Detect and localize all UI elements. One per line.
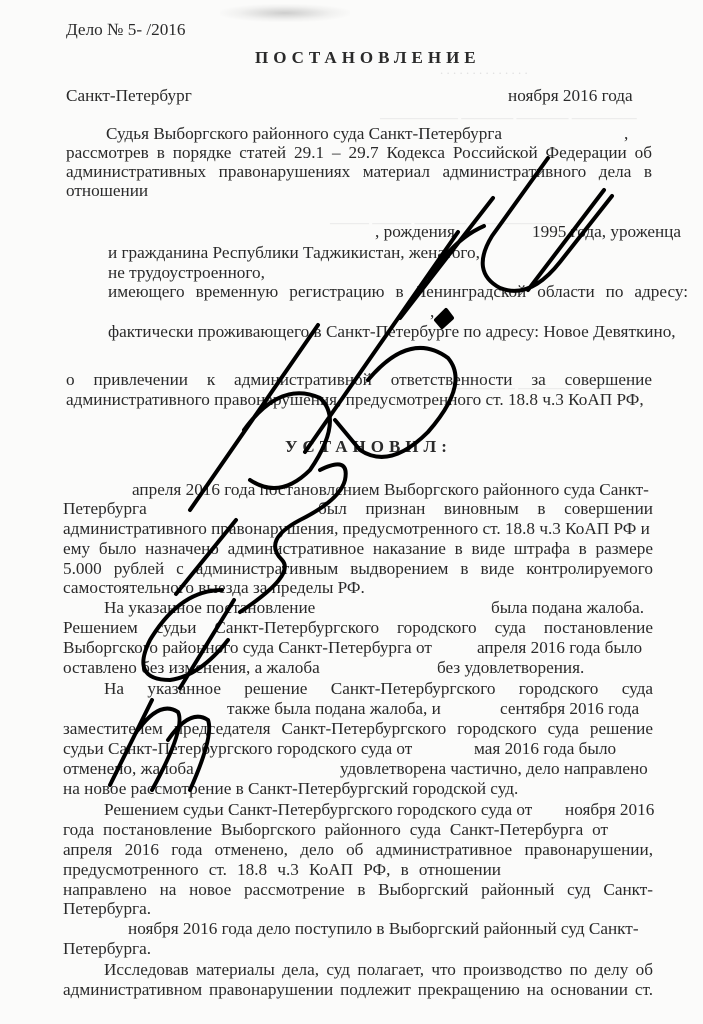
body-line: административного правонарушения, предус… (63, 519, 650, 539)
intro-comma: , (624, 124, 628, 144)
body-line: ему было назначено административное нака… (63, 539, 653, 559)
subject-line: о привлечении к административной ответст… (66, 370, 652, 390)
document-date: ноября 2016 года (508, 86, 633, 106)
body-line: Исследовав материалы дела, суд полагает,… (104, 960, 653, 980)
body-line: Решением судьи Санкт-Петербургского горо… (104, 800, 532, 820)
body-line: направлено на новое рассмотрение в Выбор… (63, 880, 653, 900)
registration-comma: , (430, 302, 434, 322)
body-line: также была подана жалоба, и (227, 699, 441, 719)
residence: фактически проживающего в Санкт-Петербур… (108, 322, 676, 342)
body-line: была подана жалоба. (491, 598, 644, 618)
birth-year: 1995 года, уроженца (532, 222, 681, 242)
body-line: был признан виновным в совершении (318, 499, 653, 519)
body-line: ноября 2016 (565, 800, 654, 820)
section-heading: УСТАНОВИЛ: (285, 437, 452, 457)
body-line: предусмотренного ст. 18.8 ч.3 КоАП РФ, в… (63, 860, 501, 880)
subject-line: административного правонарушения, предус… (66, 390, 644, 410)
intro-line: рассмотрев в порядке статей 29.1 – 29.7 … (66, 143, 652, 163)
body-line: административном правонарушении подлежит… (63, 980, 653, 1000)
city: Санкт-Петербург (66, 86, 192, 106)
body-line: мая 2016 года было (474, 739, 616, 759)
body-line: Решением судьи Санкт-Петербургского горо… (63, 618, 653, 638)
body-line: Петербурга. (63, 899, 151, 919)
scan-smudge (220, 4, 350, 22)
document-page: . . . . . . . . . . . . . . ————— ———— —… (0, 0, 703, 1024)
body-line: На указанное постановление (104, 598, 315, 618)
body-line: заместителем председателя Санкт-Петербур… (63, 719, 653, 739)
body-line: оставлено без изменения, а жалоба (63, 658, 320, 678)
body-line: без удовлетворения. (437, 658, 584, 678)
body-line: На указанное решение Санкт-Петербургског… (104, 679, 653, 699)
body-line: Выборгского районного суда Санкт-Петербу… (63, 638, 432, 658)
body-line: апреля 2016 года было (477, 638, 642, 658)
registration: имеющего временную регистрацию в Ленингр… (108, 282, 688, 302)
body-line: удовлетворена частично, дело направлено (340, 759, 648, 779)
body-line: самостоятельного выезда за пределы РФ. (63, 578, 365, 598)
document-title: ПОСТАНОВЛЕНИЕ (255, 48, 481, 68)
body-line: апреля 2016 года отменено, дело об админ… (63, 840, 653, 860)
birth-label: , рождения (375, 222, 455, 242)
intro-line: административных правонарушениях материа… (66, 162, 652, 182)
intro-line: отношении (66, 181, 148, 201)
body-line: года постановление Выборгского районного… (63, 820, 608, 840)
employment: не трудоустроенного, (108, 263, 265, 283)
body-line: 5.000 рублей с административным выдворен… (63, 559, 653, 579)
intro-line: Судья Выборгского районного суда Санкт-П… (106, 124, 502, 144)
body-line: на новое рассмотрение в Санкт-Петербургс… (63, 779, 518, 799)
body-line: судьи Санкт-Петербургского городского су… (63, 739, 412, 759)
body-line: Петербурга. (63, 939, 151, 959)
body-line: Петербурга (63, 499, 147, 519)
citizenship: и гражданина Республики Таджикистан, жен… (108, 243, 480, 263)
case-number: Дело № 5- /2016 (66, 20, 186, 40)
body-line: сентября 2016 года (500, 699, 639, 719)
body-line: отменено, жалоба (63, 759, 194, 779)
body-line: ноября 2016 года дело поступило в Выборг… (128, 919, 639, 939)
body-line: апреля 2016 года постановлением Выборгск… (132, 480, 649, 500)
